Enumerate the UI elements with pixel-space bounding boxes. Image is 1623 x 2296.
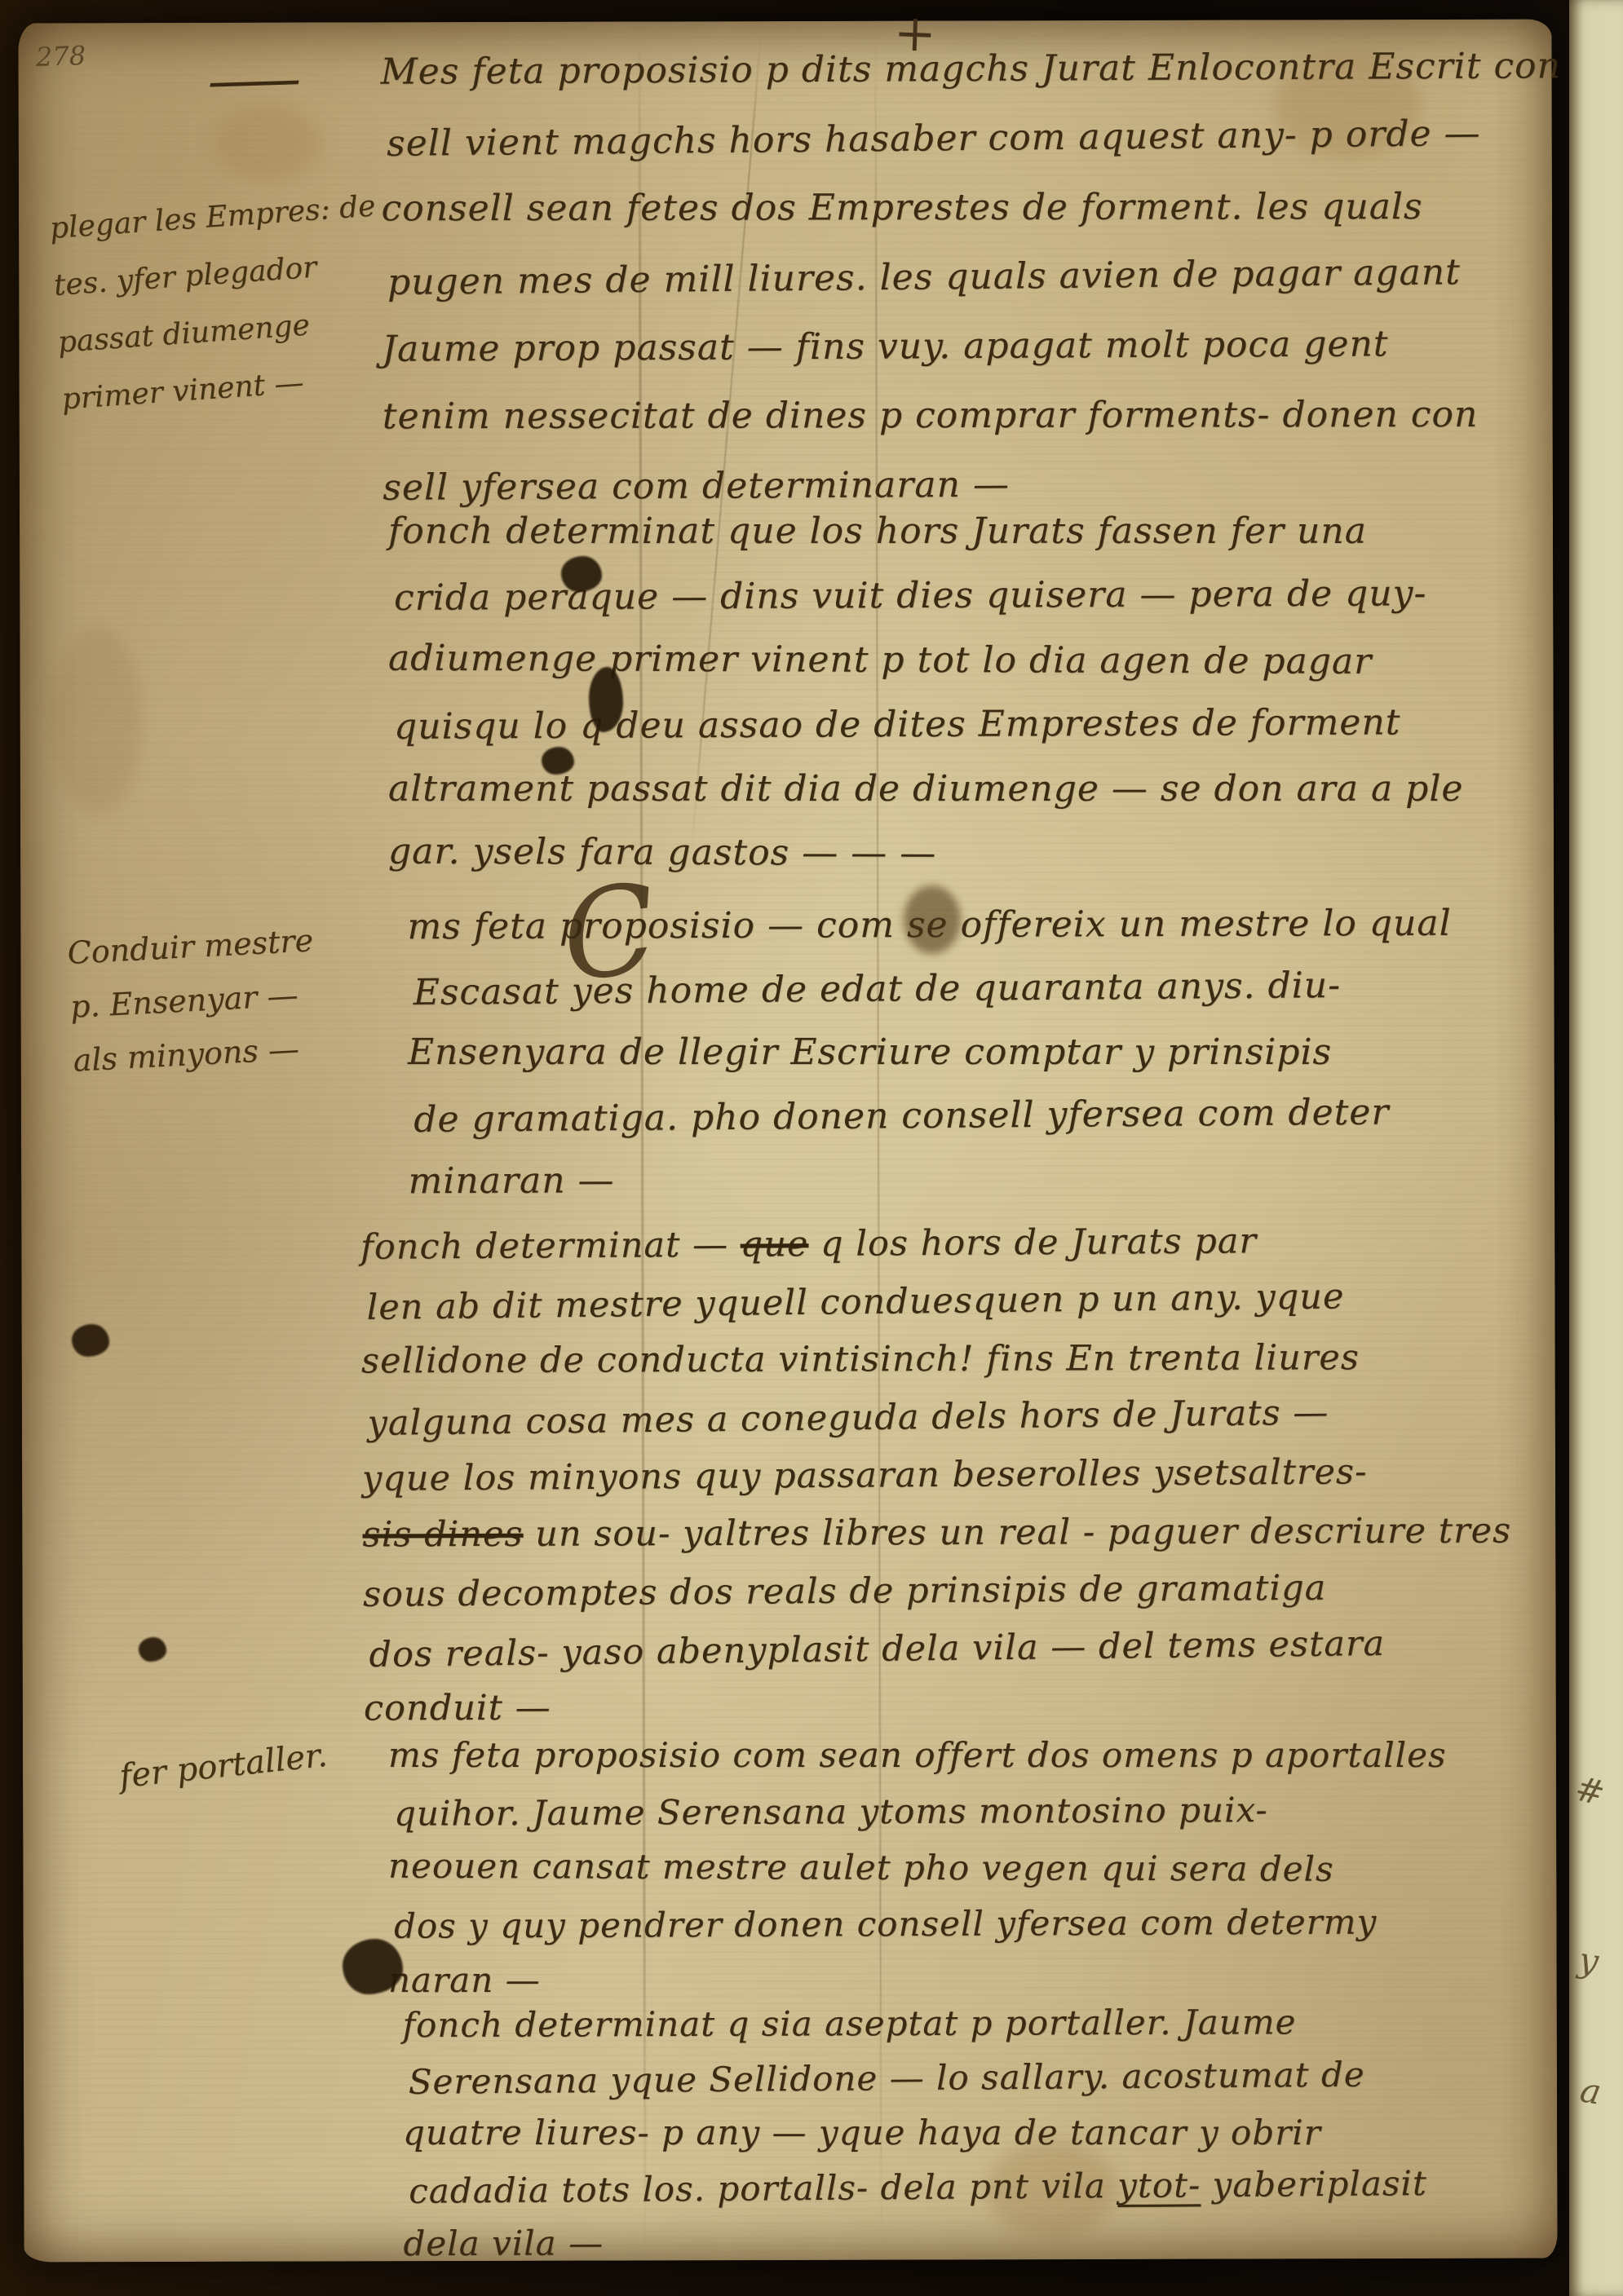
- ink-blot: [139, 1637, 166, 1662]
- manuscript-line: quatre liures- p any — yque haya de tanc…: [403, 2105, 1422, 2160]
- opening-dash-mark: —: [202, 44, 305, 114]
- ink-blot: [561, 556, 602, 592]
- facing-page-edge: # y a: [1569, 0, 1623, 2296]
- entry-resolution-crida: fonch determinat que los hors Jurats fas…: [388, 499, 1463, 885]
- manuscript-line: ms feta proposisio com sean offert dos o…: [388, 1727, 1447, 1783]
- entry-proposal-emprestes: Mes feta proposisio p dits magchs Jurat …: [380, 31, 1563, 523]
- entry-resolution-mestre: fonch determinat — que q los hors de Jur…: [360, 1211, 1513, 1740]
- facing-page-stroke: a: [1577, 2069, 1604, 2113]
- manuscript-line: yalguna cosa mes a coneguda dels hors de…: [367, 1382, 1516, 1453]
- manuscript-line: dos reals- yaso abenyplasit dela vila — …: [369, 1614, 1518, 1684]
- manuscript-scan: 278 + — C plegar les Empres: detes. yfer…: [0, 0, 1623, 2296]
- manuscript-line: sis dines un sou- yaltres libres un real…: [362, 1503, 1511, 1565]
- manuscript-line: sell vient magchs hors hasaber com aques…: [387, 98, 1568, 179]
- manuscript-line: sous decomptes dos reals de prinsipis de…: [363, 1558, 1512, 1624]
- ink-blot: [72, 1324, 109, 1357]
- ink-blot: [589, 667, 623, 732]
- manuscript-line: crida peraque — dins vuit dies quisera —…: [394, 561, 1470, 630]
- manuscript-line: Serensana yque Sellidone — lo sallary. a…: [409, 2047, 1427, 2109]
- manuscript-line: fonch determinat — que q los hors de Jur…: [360, 1211, 1510, 1277]
- manuscript-line: neouen cansat mestre aulet pho vegen qui…: [388, 1838, 1447, 1898]
- manuscript-line: minaran —: [408, 1146, 1452, 1213]
- facing-page-stroke: #: [1572, 1768, 1609, 1813]
- margin-note-plegar-emprestes: plegar les Empres: detes. yfer plegadorp…: [48, 178, 390, 428]
- ink-blot: [542, 747, 574, 775]
- manuscript-line: gar. ysels fara gastos — — —: [388, 819, 1464, 888]
- facing-page-stroke: y: [1577, 1940, 1601, 1982]
- entry-resolution-portaller: fonch determinat q sia aseptat p portall…: [402, 1994, 1422, 2271]
- manuscript-line: Ensenyara de llegir Escriure comptar y p…: [408, 1021, 1452, 1084]
- manuscript-line: cadadia tots los. portalls- dela pnt vil…: [409, 2156, 1427, 2219]
- manuscript-line: consell sean fetes dos Emprestes de form…: [381, 172, 1561, 244]
- manuscript-line: de gramatiga. pho donen consell yfersea …: [413, 1080, 1458, 1152]
- manuscript-line: sellidone de conducta vintisinch! fins E…: [361, 1329, 1510, 1391]
- ink-blot: [343, 1939, 403, 1994]
- stain: [52, 626, 143, 814]
- manuscript-line: dela vila —: [403, 2213, 1422, 2271]
- margin-note-conduir-mestre: Conduir mestrep. Ensenyar —als minyons —: [66, 913, 321, 1088]
- manuscript-line: quihor. Jaume Serensana ytoms montosino …: [394, 1781, 1453, 1842]
- manuscript-line: pugen mes de mill liures. les quals avie…: [387, 236, 1568, 317]
- manuscript-line: Escasat yes home de edat de quaranta any…: [413, 953, 1457, 1025]
- entry-proposal-portallers: ms feta proposisio com sean offert dos o…: [388, 1727, 1447, 2008]
- manuscript-line: fonch determinat que los hors Jurats fas…: [388, 499, 1463, 563]
- manuscript-line: fonch determinat q sia aseptat p portall…: [402, 1994, 1421, 2052]
- manuscript-line: tenim nessecitat de dines p comprar form…: [383, 380, 1563, 452]
- manuscript-line: yque los minyons quy passaran beserolles…: [362, 1442, 1511, 1508]
- manuscript-line: Jaume prop passat — fins vuy. apagat mol…: [382, 308, 1563, 384]
- folio-number: 278: [35, 40, 86, 73]
- ink-smudge: [904, 885, 961, 954]
- manuscript-line: adiumenge primer vinent p tot lo dia age…: [388, 626, 1464, 695]
- stain: [214, 104, 321, 181]
- manuscript-line: Mes feta proposisio p dits magchs Jurat …: [380, 31, 1561, 107]
- manuscript-line: dos y quy pendrer donen consell yfersea …: [394, 1893, 1453, 1954]
- manuscript-line: len ab dit mestre yquell conduesquen p u…: [366, 1266, 1515, 1337]
